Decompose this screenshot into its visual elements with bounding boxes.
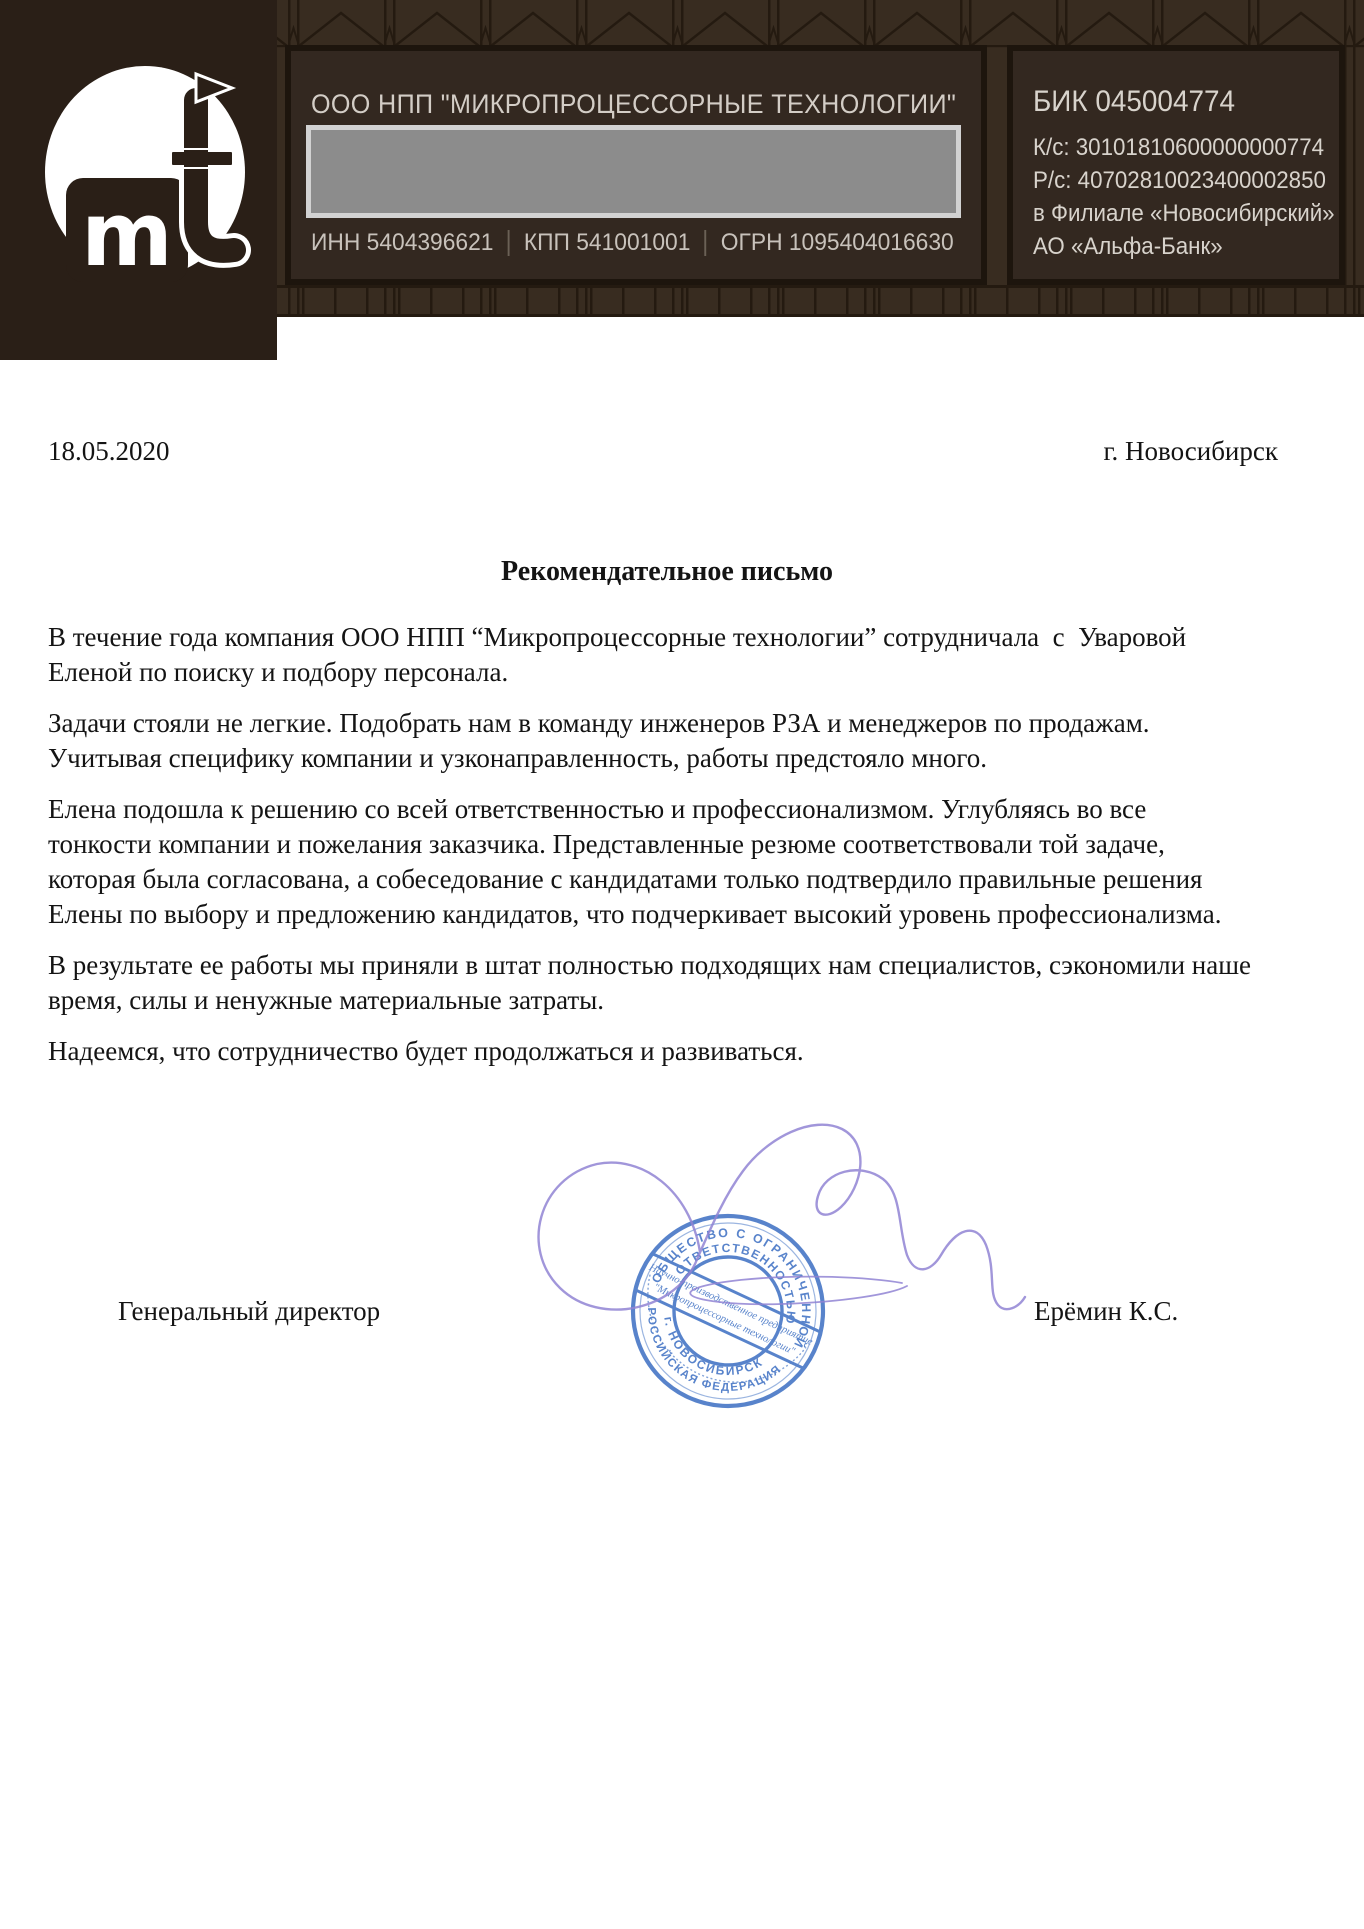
bank-branch: в Филиале «Новосибирский» [1033,197,1335,230]
body-line: время, силы и ненужные материальные затр… [48,983,1326,1018]
bank-name: АО «Альфа-Банк» [1033,230,1335,263]
body-line: В течение года компания ООО НПП “Микропр… [48,620,1326,655]
body-line: Надеемся, что сотрудничество будет продо… [48,1034,1326,1069]
body-line: Учитывая специфику компании и узконаправ… [48,741,1326,776]
body-line: Еленой по поиску и подбору персонала. [48,655,1326,690]
letter-title: Рекомендательное письмо [0,556,1334,588]
ks-value: К/с: 30101810600000000774 [1033,131,1335,164]
company-ids-row: ИНН 5404396621 КПП 541001001 ОГРН 109540… [311,229,954,257]
bank-panel: БИК 045004774 К/с: 30101810600000000774 … [1007,45,1345,285]
kpp-value: КПП 541001001 [524,229,691,257]
divider [705,230,707,256]
paragraph-2: Задачи стояли не легкие. Подобрать нам в… [48,706,1326,776]
inn-value: ИНН 5404396621 [311,229,493,257]
company-name: ООО НПП "МИКРОПРОЦЕССОРНЫЕ ТЕХНОЛОГИИ" [311,89,956,120]
date-city-row: 18.05.2020 г. Новосибирск [48,436,1278,467]
body-line: Задачи стояли не легкие. Подобрать нам в… [48,706,1326,741]
mt-logo-icon: m [0,0,277,360]
company-stamp-icon: ОБЩЕСТВО С ОГРАНИЧЕННОЙ ОТВЕТСТВЕННОСТЬЮ… [602,1185,854,1437]
body-line: Елены по выбору и предложению кандидатов… [48,897,1326,932]
handwritten-signature [539,1125,1025,1310]
letter-city: г. Новосибирск [1104,436,1279,467]
letter-page: ООО НПП "МИКРОПРОЦЕССОРНЫЕ ТЕХНОЛОГИИ" И… [0,0,1364,1929]
bik-value: БИК 045004774 [1033,85,1335,119]
redacted-address-box [306,125,961,218]
logo-letter-m: m [81,183,173,286]
company-panel: ООО НПП "МИКРОПРОЦЕССОРНЫЕ ТЕХНОЛОГИИ" И… [285,45,987,285]
body-line: тонкости компании и пожелания заказчика.… [48,827,1326,862]
paragraph-3: Елена подошла к решению со всей ответств… [48,792,1326,932]
ogrn-value: ОГРН 1095404016630 [721,229,954,257]
body-line: Елена подошла к решению со всей ответств… [48,792,1326,827]
paragraph-4: В результате ее работы мы приняли в штат… [48,948,1326,1018]
stamp-and-signature: ОБЩЕСТВО С ОГРАНИЧЕННОЙ ОТВЕТСТВЕННОСТЬЮ… [430,1115,1110,1485]
logo-block: m [0,0,277,360]
paragraph-5: Надеемся, что сотрудничество будет продо… [48,1034,1326,1069]
body-line: В результате ее работы мы приняли в штат… [48,948,1326,983]
letterhead: ООО НПП "МИКРОПРОЦЕССОРНЫЕ ТЕХНОЛОГИИ" И… [0,0,1364,317]
body-line: которая была согласована, а собеседовани… [48,862,1326,897]
signer-position: Генеральный директор [118,1296,380,1327]
rs-value: Р/с: 40702810023400002850 [1033,164,1335,197]
paragraph-1: В течение года компания ООО НПП “Микропр… [48,620,1326,690]
divider [508,230,510,256]
bank-details: БИК 045004774 К/с: 30101810600000000774 … [1033,85,1335,263]
letter-date: 18.05.2020 [48,436,170,467]
letter-body: В течение года компания ООО НПП “Микропр… [48,620,1326,1085]
